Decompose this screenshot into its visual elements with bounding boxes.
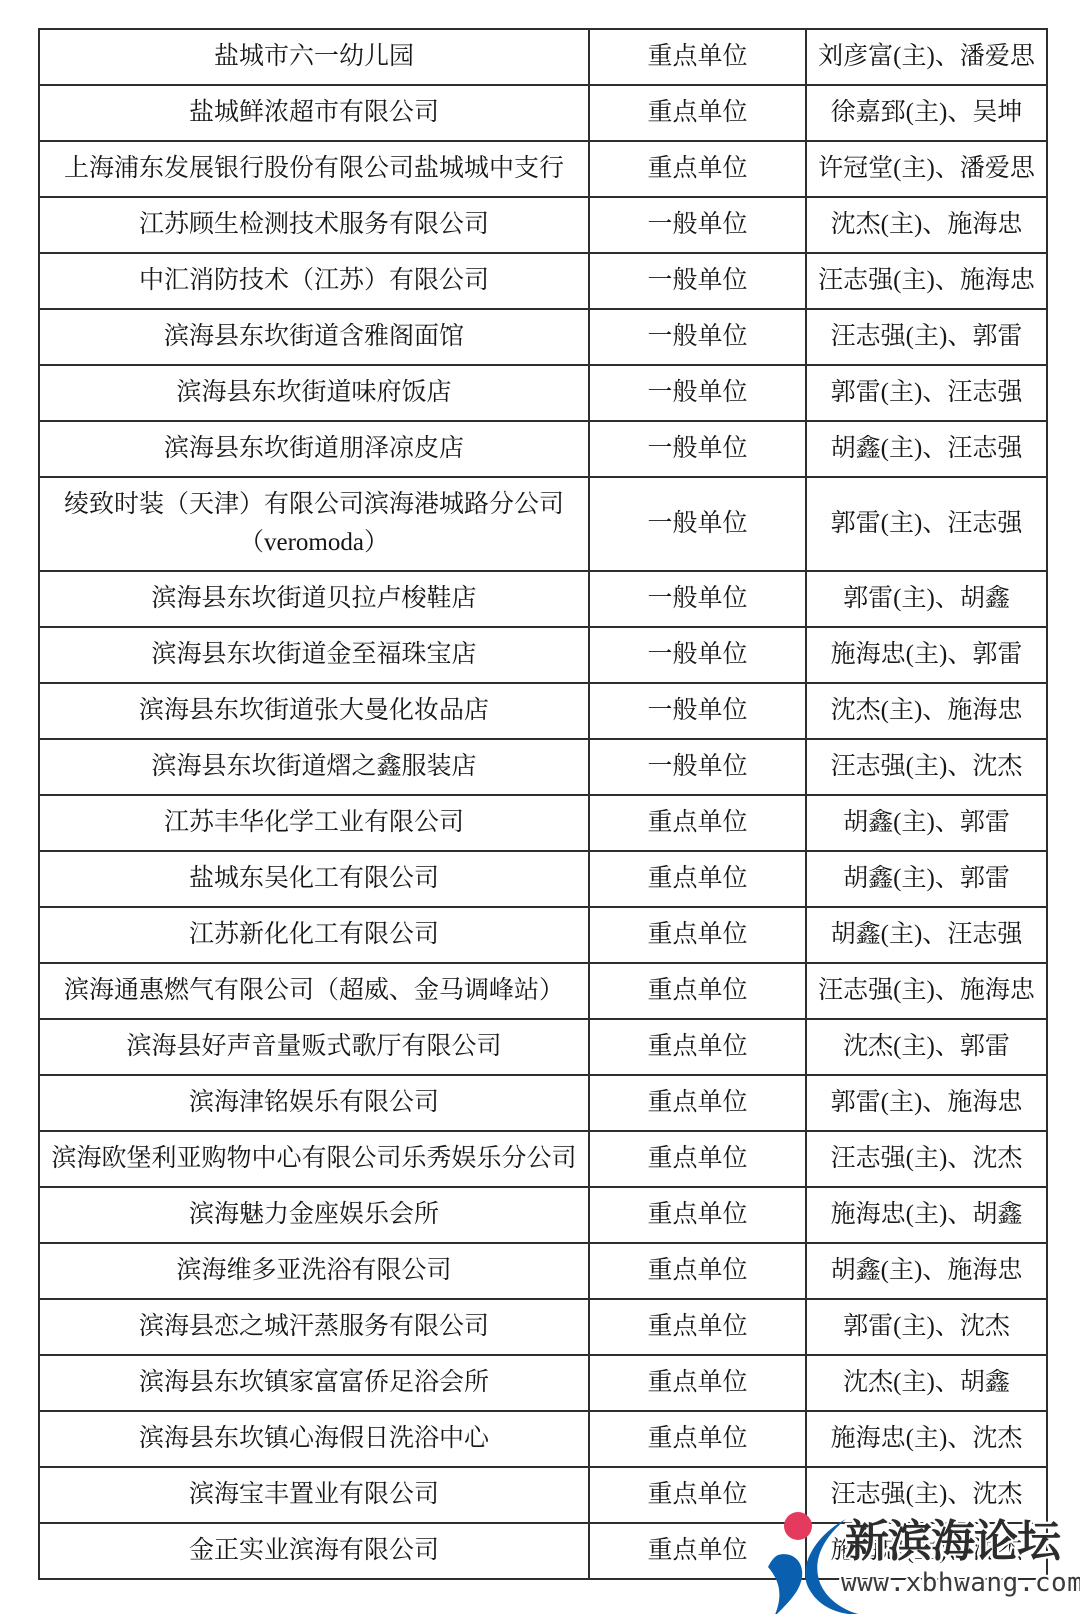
unit-name-cell: 江苏新化化工有限公司 (39, 907, 589, 963)
unit-type-cell: 重点单位 (589, 1131, 806, 1187)
unit-name-cell: 盐城鲜浓超市有限公司 (39, 85, 589, 141)
table-row: 滨海县东坎镇心海假日洗浴中心重点单位施海忠(主)、沈杰 (39, 1411, 1047, 1467)
unit-type-cell: 一般单位 (589, 627, 806, 683)
unit-name-cell: 滨海县东坎镇家富富侨足浴会所 (39, 1355, 589, 1411)
table-row: 滨海县东坎镇家富富侨足浴会所重点单位沈杰(主)、胡鑫 (39, 1355, 1047, 1411)
table-row: 滨海通惠燃气有限公司（超威、金马调峰站）重点单位汪志强(主)、施海忠 (39, 963, 1047, 1019)
unit-name-cell: 滨海欧堡利亚购物中心有限公司乐秀娱乐分公司 (39, 1131, 589, 1187)
table-row: 滨海县东坎街道含雅阁面馆一般单位汪志强(主)、郭雷 (39, 309, 1047, 365)
table-row: 江苏丰华化学工业有限公司重点单位胡鑫(主)、郭雷 (39, 795, 1047, 851)
unit-type-cell: 一般单位 (589, 309, 806, 365)
table-row: 滨海县恋之城汗蒸服务有限公司重点单位郭雷(主)、沈杰 (39, 1299, 1047, 1355)
unit-type-cell: 重点单位 (589, 907, 806, 963)
unit-type-cell: 一般单位 (589, 197, 806, 253)
responsible-persons-cell: 郭雷(主)、汪志强 (806, 477, 1047, 571)
unit-name-cell: 盐城东吴化工有限公司 (39, 851, 589, 907)
unit-type-cell: 重点单位 (589, 1243, 806, 1299)
unit-name-cell: 金正实业滨海有限公司 (39, 1523, 589, 1579)
unit-type-cell: 重点单位 (589, 1299, 806, 1355)
unit-type-cell: 重点单位 (589, 29, 806, 85)
unit-name-cell: 滨海县恋之城汗蒸服务有限公司 (39, 1299, 589, 1355)
responsible-persons-cell: 胡鑫(主)、施海忠 (806, 1243, 1047, 1299)
responsible-persons-cell: 郭雷(主)、沈杰 (806, 1299, 1047, 1355)
unit-type-cell: 重点单位 (589, 85, 806, 141)
table-row: 滨海维多亚洗浴有限公司重点单位胡鑫(主)、施海忠 (39, 1243, 1047, 1299)
responsible-persons-cell: 胡鑫(主)、郭雷 (806, 795, 1047, 851)
unit-type-cell: 重点单位 (589, 1075, 806, 1131)
table-row: 滨海县东坎街道朋泽凉皮店一般单位胡鑫(主)、汪志强 (39, 421, 1047, 477)
unit-name-cell: 滨海县东坎街道熠之鑫服装店 (39, 739, 589, 795)
unit-responsibility-table: 盐城市六一幼儿园重点单位刘彦富(主)、潘爱思盐城鲜浓超市有限公司重点单位徐嘉郅(… (38, 28, 1048, 1580)
unit-type-cell: 重点单位 (589, 795, 806, 851)
responsible-persons-cell: 汪志强(主)、郭雷 (806, 309, 1047, 365)
responsible-persons-cell: 许冠堂(主)、潘爱思 (806, 141, 1047, 197)
unit-name-cell: 滨海通惠燃气有限公司（超威、金马调峰站） (39, 963, 589, 1019)
unit-name-cell: 江苏丰华化学工业有限公司 (39, 795, 589, 851)
unit-name-cell: 绫致时装（天津）有限公司滨海港城路分公司 （veromoda） (39, 477, 589, 571)
table-row: 滨海县东坎街道贝拉卢梭鞋店一般单位郭雷(主)、胡鑫 (39, 571, 1047, 627)
table-row: 滨海县好声音量贩式歌厅有限公司重点单位沈杰(主)、郭雷 (39, 1019, 1047, 1075)
unit-name-cell: 盐城市六一幼儿园 (39, 29, 589, 85)
responsible-persons-cell: 施海忠(主)、沈杰 (806, 1523, 1047, 1579)
responsible-persons-cell: 汪志强(主)、施海忠 (806, 963, 1047, 1019)
table-row: 盐城市六一幼儿园重点单位刘彦富(主)、潘爱思 (39, 29, 1047, 85)
table-row: 江苏顾生检测技术服务有限公司一般单位沈杰(主)、施海忠 (39, 197, 1047, 253)
unit-type-cell: 重点单位 (589, 1523, 806, 1579)
unit-type-cell: 一般单位 (589, 253, 806, 309)
responsible-persons-cell: 汪志强(主)、沈杰 (806, 1467, 1047, 1523)
table-row: 绫致时装（天津）有限公司滨海港城路分公司 （veromoda）一般单位郭雷(主)… (39, 477, 1047, 571)
unit-name-cell: 滨海县东坎街道金至福珠宝店 (39, 627, 589, 683)
unit-type-cell: 一般单位 (589, 421, 806, 477)
unit-type-cell: 重点单位 (589, 1019, 806, 1075)
responsible-persons-cell: 施海忠(主)、胡鑫 (806, 1187, 1047, 1243)
responsible-persons-cell: 汪志强(主)、沈杰 (806, 739, 1047, 795)
responsible-persons-cell: 胡鑫(主)、郭雷 (806, 851, 1047, 907)
responsible-persons-cell: 沈杰(主)、胡鑫 (806, 1355, 1047, 1411)
unit-type-cell: 一般单位 (589, 683, 806, 739)
unit-table-body: 盐城市六一幼儿园重点单位刘彦富(主)、潘爱思盐城鲜浓超市有限公司重点单位徐嘉郅(… (39, 29, 1047, 1579)
responsible-persons-cell: 郭雷(主)、施海忠 (806, 1075, 1047, 1131)
responsible-persons-cell: 汪志强(主)、沈杰 (806, 1131, 1047, 1187)
unit-name-cell: 上海浦东发展银行股份有限公司盐城城中支行 (39, 141, 589, 197)
unit-name-cell: 滨海津铭娱乐有限公司 (39, 1075, 589, 1131)
unit-name-cell: 滨海县东坎街道贝拉卢梭鞋店 (39, 571, 589, 627)
unit-type-cell: 重点单位 (589, 851, 806, 907)
responsible-persons-cell: 郭雷(主)、胡鑫 (806, 571, 1047, 627)
responsible-persons-cell: 刘彦富(主)、潘爱思 (806, 29, 1047, 85)
table-row: 中汇消防技术（江苏）有限公司一般单位汪志强(主)、施海忠 (39, 253, 1047, 309)
unit-type-cell: 重点单位 (589, 141, 806, 197)
table-row: 滨海县东坎街道金至福珠宝店一般单位施海忠(主)、郭雷 (39, 627, 1047, 683)
table-row: 滨海县东坎街道张大曼化妆品店一般单位沈杰(主)、施海忠 (39, 683, 1047, 739)
table-row: 滨海津铭娱乐有限公司重点单位郭雷(主)、施海忠 (39, 1075, 1047, 1131)
unit-name-cell: 滨海县东坎街道含雅阁面馆 (39, 309, 589, 365)
unit-name-cell: 滨海县东坎镇心海假日洗浴中心 (39, 1411, 589, 1467)
unit-type-cell: 一般单位 (589, 365, 806, 421)
table-row: 盐城鲜浓超市有限公司重点单位徐嘉郅(主)、吴坤 (39, 85, 1047, 141)
table-row: 滨海魅力金座娱乐会所重点单位施海忠(主)、胡鑫 (39, 1187, 1047, 1243)
table-row: 上海浦东发展银行股份有限公司盐城城中支行重点单位许冠堂(主)、潘爱思 (39, 141, 1047, 197)
unit-name-cell: 滨海县好声音量贩式歌厅有限公司 (39, 1019, 589, 1075)
table-row: 金正实业滨海有限公司重点单位施海忠(主)、沈杰 (39, 1523, 1047, 1579)
unit-name-cell: 滨海维多亚洗浴有限公司 (39, 1243, 589, 1299)
unit-name-cell: 江苏顾生检测技术服务有限公司 (39, 197, 589, 253)
responsible-persons-cell: 沈杰(主)、郭雷 (806, 1019, 1047, 1075)
responsible-persons-cell: 施海忠(主)、郭雷 (806, 627, 1047, 683)
responsible-persons-cell: 施海忠(主)、沈杰 (806, 1411, 1047, 1467)
unit-name-cell: 滨海魅力金座娱乐会所 (39, 1187, 589, 1243)
unit-type-cell: 重点单位 (589, 963, 806, 1019)
unit-type-cell: 重点单位 (589, 1411, 806, 1467)
table-row: 滨海县东坎街道味府饭店一般单位郭雷(主)、汪志强 (39, 365, 1047, 421)
responsible-persons-cell: 沈杰(主)、施海忠 (806, 197, 1047, 253)
unit-name-cell: 滨海宝丰置业有限公司 (39, 1467, 589, 1523)
responsible-persons-cell: 胡鑫(主)、汪志强 (806, 907, 1047, 963)
unit-type-cell: 一般单位 (589, 477, 806, 571)
table-row: 盐城东吴化工有限公司重点单位胡鑫(主)、郭雷 (39, 851, 1047, 907)
unit-name-cell: 滨海县东坎街道张大曼化妆品店 (39, 683, 589, 739)
unit-type-cell: 一般单位 (589, 571, 806, 627)
responsible-persons-cell: 沈杰(主)、施海忠 (806, 683, 1047, 739)
unit-type-cell: 重点单位 (589, 1467, 806, 1523)
unit-name-cell: 滨海县东坎街道味府饭店 (39, 365, 589, 421)
unit-type-cell: 重点单位 (589, 1355, 806, 1411)
table-row: 江苏新化化工有限公司重点单位胡鑫(主)、汪志强 (39, 907, 1047, 963)
responsible-persons-cell: 徐嘉郅(主)、吴坤 (806, 85, 1047, 141)
table-row: 滨海宝丰置业有限公司重点单位汪志强(主)、沈杰 (39, 1467, 1047, 1523)
table-row: 滨海县东坎街道熠之鑫服装店一般单位汪志强(主)、沈杰 (39, 739, 1047, 795)
unit-name-cell: 滨海县东坎街道朋泽凉皮店 (39, 421, 589, 477)
table-row: 滨海欧堡利亚购物中心有限公司乐秀娱乐分公司重点单位汪志强(主)、沈杰 (39, 1131, 1047, 1187)
unit-name-cell: 中汇消防技术（江苏）有限公司 (39, 253, 589, 309)
responsible-persons-cell: 胡鑫(主)、汪志强 (806, 421, 1047, 477)
responsible-persons-cell: 郭雷(主)、汪志强 (806, 365, 1047, 421)
unit-type-cell: 一般单位 (589, 739, 806, 795)
responsible-persons-cell: 汪志强(主)、施海忠 (806, 253, 1047, 309)
unit-type-cell: 重点单位 (589, 1187, 806, 1243)
